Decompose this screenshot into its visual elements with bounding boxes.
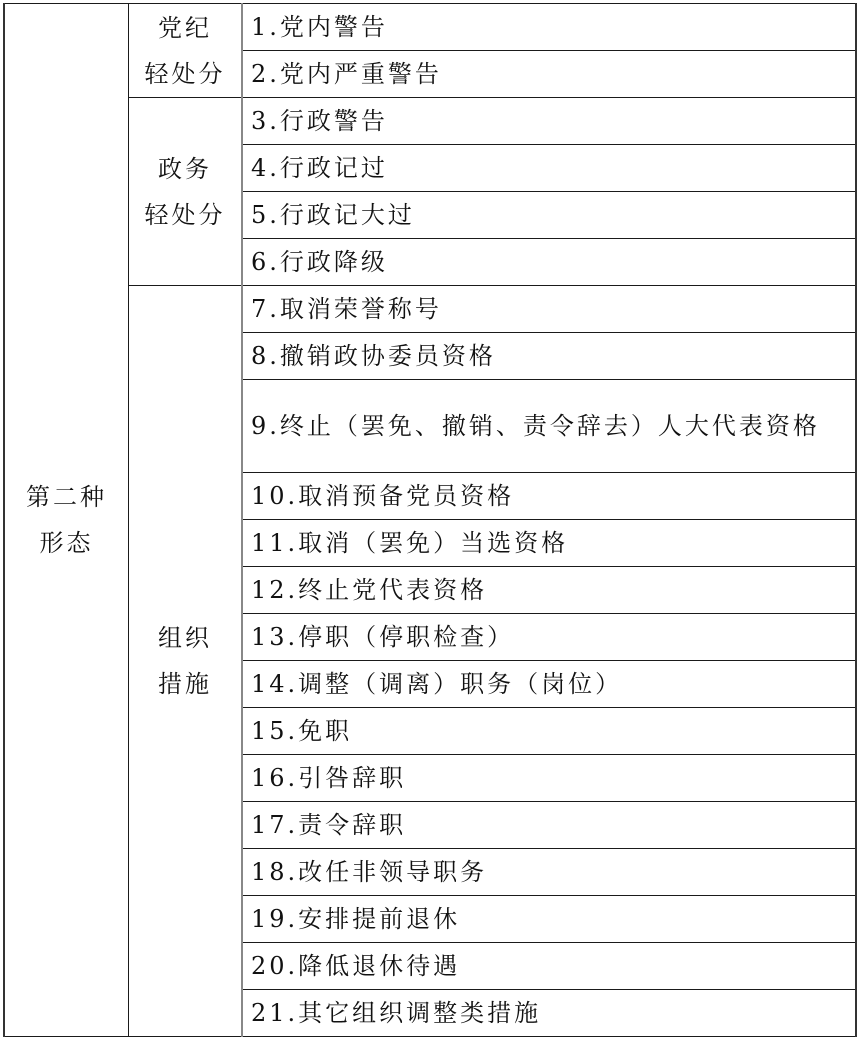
item-cell: 2.党内严重警告 [242,51,856,98]
item-cell: 12.终止党代表资格 [242,567,856,614]
item-cell: 4.行政记过 [242,145,856,192]
item-cell: 21.其它组织调整类措施 [242,990,856,1037]
item-cell: 9.终止（罢免、撤销、责令辞去）人大代表资格 [242,380,856,473]
item-cell: 6.行政降级 [242,239,856,286]
item-cell: 3.行政警告 [242,98,856,145]
item-cell: 15.免职 [242,708,856,755]
category-label-line2: 轻处分 [129,192,241,238]
category-administrative: 政务 轻处分 [129,98,243,286]
item-cell: 13.停职（停职检查） [242,614,856,661]
table-row: 政务 轻处分 3.行政警告 [4,98,856,145]
form-label-line1: 第二种 [5,474,128,520]
form-cell: 第二种 形态 [4,4,129,1037]
item-cell: 18.改任非领导职务 [242,849,856,896]
item-cell: 20.降低退休待遇 [242,943,856,990]
item-cell: 19.安排提前退休 [242,896,856,943]
item-cell: 8.撤销政协委员资格 [242,333,856,380]
item-cell: 17.责令辞职 [242,802,856,849]
item-cell: 10.取消预备党员资格 [242,473,856,520]
item-cell: 1.党内警告 [242,4,856,51]
category-party-discipline: 党纪 轻处分 [129,4,243,98]
item-cell: 11.取消（罢免）当选资格 [242,520,856,567]
category-label-line1: 党纪 [129,5,241,51]
item-cell: 7.取消荣誉称号 [242,286,856,333]
table-row: 第二种 形态 党纪 轻处分 1.党内警告 [4,4,856,51]
discipline-table: 第二种 形态 党纪 轻处分 1.党内警告 2.党内严重警告 政务 轻处分 3.行… [3,3,857,1037]
category-label-line2: 措施 [129,661,241,707]
category-label-line1: 政务 [129,146,241,192]
form-label-line2: 形态 [5,520,128,566]
category-label-line2: 轻处分 [129,51,241,97]
category-organizational: 组织 措施 [129,286,243,1037]
table-row: 组织 措施 7.取消荣誉称号 [4,286,856,333]
item-cell: 5.行政记大过 [242,192,856,239]
item-cell: 14.调整（调离）职务（岗位） [242,661,856,708]
item-cell: 16.引咎辞职 [242,755,856,802]
category-label-line1: 组织 [129,615,241,661]
